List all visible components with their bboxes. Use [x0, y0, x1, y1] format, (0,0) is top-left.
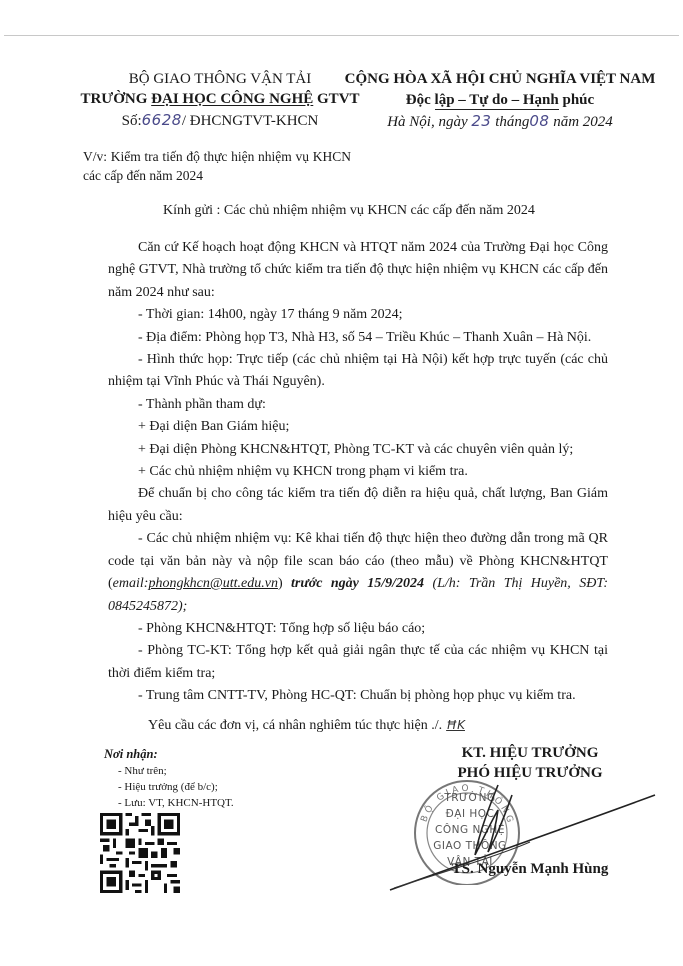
signer-title-2: PHÓ HIỆU TRƯỞNG: [430, 763, 630, 783]
signer-title-1: KT. HIỆU TRƯỞNG: [430, 743, 630, 763]
ministry-name: BỘ GIAO THÔNG VẬN TẢI: [80, 70, 360, 89]
participant-item: + Đại diện Phòng KHCN&HTQT, Phòng TC-KT …: [108, 439, 608, 461]
participants-label: - Thành phần tham dự:: [108, 394, 608, 416]
issuer-header: BỘ GIAO THÔNG VẬN TẢI TRƯỜNG ĐẠI HỌC CÔN…: [80, 70, 360, 131]
handwritten-day: 23: [471, 112, 491, 130]
intro-paragraph: Căn cứ Kế hoạch hoạt động KHCN và HTQT n…: [108, 237, 608, 304]
distribution-title: Nơi nhận:: [104, 745, 234, 763]
distribution-item: - Hiệu trưởng (để b/c);: [104, 779, 234, 795]
email-link[interactable]: phongkhcn@utt.edu.vn: [148, 576, 278, 591]
distribution-list: Nơi nhận: - Như trên; - Hiệu trưởng (để …: [104, 745, 234, 811]
qr-code-icon[interactable]: [100, 813, 180, 893]
closing-line: Yêu cầu các đơn vị, cá nhân nghiêm túc t…: [148, 718, 465, 734]
stamp-center-text: TRƯỜNG ĐẠI HỌC CÔNG NGHỆ GIAO THÔNG VẬN …: [415, 790, 525, 870]
document-number: Số:6628/ ĐHCNGTVT-KHCN: [80, 110, 360, 131]
requirement-finance-office: - Phòng TC-KT: Tổng hợp kết quả giải ngâ…: [108, 640, 608, 685]
participant-item: + Đại diện Ban Giám hiệu;: [108, 416, 608, 438]
scan-edge-line: [4, 35, 679, 36]
nation-title: CỘNG HÒA XÃ HỘI CHỦ NGHĨA VIỆT NAM: [340, 70, 660, 89]
meeting-location: - Địa điểm: Phòng họp T3, Nhà H3, số 54 …: [108, 327, 608, 349]
date-line: Hà Nội, ngày 23 tháng08 năm 2024: [340, 111, 660, 132]
handwritten-doc-number: 6628: [142, 111, 182, 129]
document-subject: V/v: Kiểm tra tiến độ thực hiện nhiệm vụ…: [83, 147, 351, 185]
national-motto: Độc lập – Tự do – Hạnh phúc: [340, 89, 660, 111]
school-name: TRƯỜNG ĐẠI HỌC CÔNG NGHỆ GTVT: [80, 89, 360, 110]
document-body: Căn cứ Kế hoạch hoạt động KHCN và HTQT n…: [108, 237, 608, 708]
national-header: CỘNG HÒA XÃ HỘI CHỦ NGHĨA VIỆT NAM Độc l…: [340, 70, 660, 132]
recipient-line: Kính gửi : Các chủ nhiệm nhiệm vụ KHCN c…: [163, 203, 535, 219]
requirement-task-leaders: - Các chủ nhiệm nhiệm vụ: Kê khai tiến đ…: [108, 528, 608, 618]
deadline: trước ngày 15/9/2024: [291, 576, 424, 591]
distribution-item: - Lưu: VT, KHCN-HTQT.: [104, 795, 234, 811]
distribution-item: - Như trên;: [104, 763, 234, 779]
preparation-paragraph: Để chuẩn bị cho công tác kiểm tra tiến đ…: [108, 483, 608, 528]
meeting-time: - Thời gian: 14h00, ngày 17 tháng 9 năm …: [108, 304, 608, 326]
signer-name: TS. Nguyễn Mạnh Hùng: [430, 861, 630, 878]
requirement-it-center: - Trung tâm CNTT-TV, Phòng HC-QT: Chuẩn …: [108, 685, 608, 707]
handwritten-month: 08: [529, 112, 549, 130]
meeting-format: - Hình thức họp: Trực tiếp (các chủ nhiệ…: [108, 349, 608, 394]
signature-block: KT. HIỆU TRƯỞNG PHÓ HIỆU TRƯỞNG TS. Nguy…: [430, 743, 630, 783]
participant-item: + Các chủ nhiệm nhiệm vụ KHCN trong phạm…: [108, 461, 608, 483]
initials-mark: ĦK: [446, 718, 465, 732]
requirement-khcn-office: - Phòng KHCN&HTQT: Tổng hợp số liệu báo …: [108, 618, 608, 640]
